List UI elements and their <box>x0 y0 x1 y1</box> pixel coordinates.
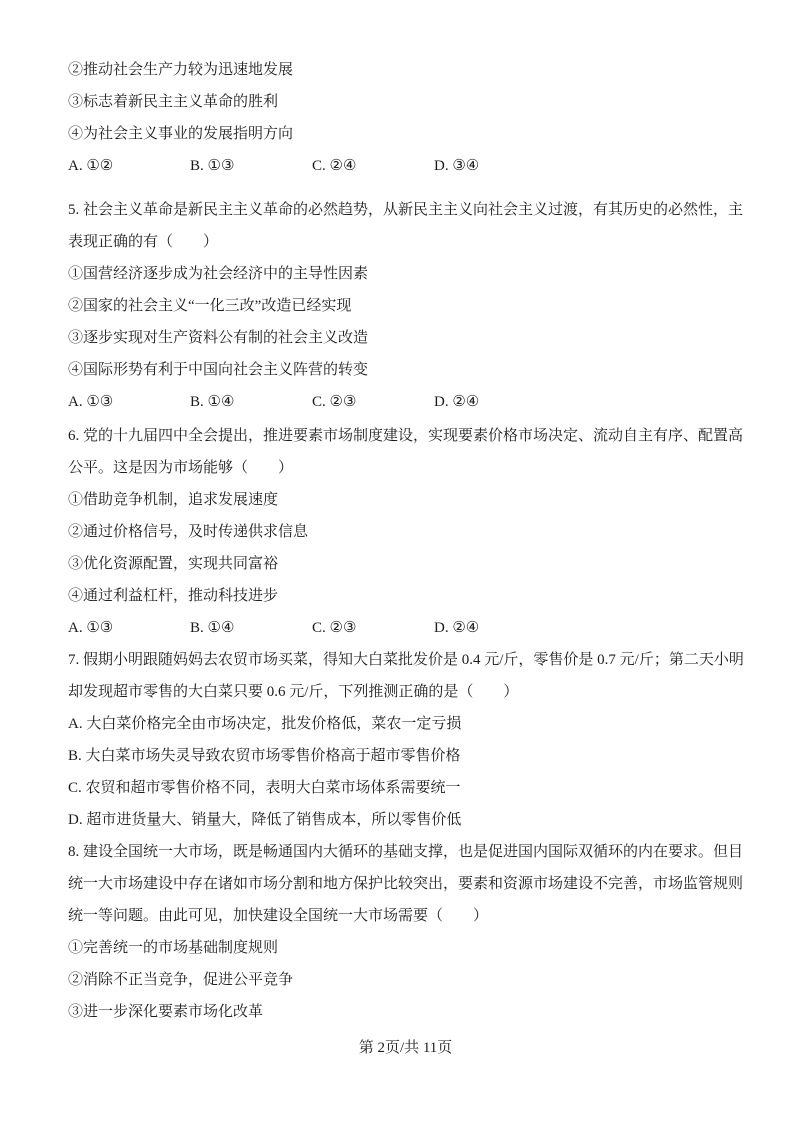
question-item: ①国营经济逐步成为社会经济中的主导性因素 <box>68 258 743 290</box>
question-item: ①借助竞争机制，追求发展速度 <box>68 484 743 516</box>
option-d: D. ②④ <box>434 386 479 418</box>
choice-b: B. 大白菜市场失灵导致农贸市场零售价格高于超市零售价格 <box>68 740 743 772</box>
option-c: C. ②④ <box>312 150 434 182</box>
question-6: 6. 党的十九届四中全会提出，推进要素市场制度建设，实现要素价格市场决定、流动自… <box>68 420 743 644</box>
question-item: ④国际形势有利于中国向社会主义阵营的转变 <box>68 354 743 386</box>
question-item: ③标志着新民主主义革命的胜利 <box>68 86 743 118</box>
option-a: A. ①② <box>68 150 190 182</box>
option-b: B. ①③ <box>190 150 312 182</box>
question-item: ④为社会主义事业的发展指明方向 <box>68 118 743 150</box>
option-b: B. ①④ <box>190 612 312 644</box>
question-item: ②通过价格信号，及时传递供求信息 <box>68 516 743 548</box>
question-stem-line: 8. 建设全国统一大市场，既是畅通国内大循环的基础支撑，也是促进国内国际双循环的… <box>68 836 743 868</box>
question-stem-line: 5. 社会主义革命是新民主主义革命的必然趋势，从新民主主义向社会主义过渡，有其历… <box>68 194 743 226</box>
choice-d: D. 超市进货量大、销量大，降低了销售成本，所以零售价低 <box>68 804 743 836</box>
question-item: ①完善统一的市场基础制度规则 <box>68 932 743 964</box>
options-row: A. ①② B. ①③ C. ②④ D. ③④ <box>68 150 743 182</box>
question-item: ②国家的社会主义“一化三改”改造已经实现 <box>68 290 743 322</box>
question-stem-line: 表现正确的有（ ） <box>68 226 743 258</box>
option-a: A. ①③ <box>68 386 190 418</box>
question-item: ③逐步实现对生产资料公有制的社会主义改造 <box>68 322 743 354</box>
question-item: ②消除不正当竞争，促进公平竞争 <box>68 964 743 996</box>
question-8: 8. 建设全国统一大市场，既是畅通国内大循环的基础支撑，也是促进国内国际双循环的… <box>68 836 743 1028</box>
question-stem-line: 却发现超市零售的大白菜只要 0.6 元/斤，下列推测正确的是（ ） <box>68 676 743 708</box>
options-row: A. ①③ B. ①④ C. ②③ D. ②④ <box>68 386 743 418</box>
question-stem-line: 公平。这是因为市场能够（ ） <box>68 452 743 484</box>
question-item: ②推动社会生产力较为迅速地发展 <box>68 54 743 86</box>
options-row: A. ①③ B. ①④ C. ②③ D. ②④ <box>68 612 743 644</box>
option-d: D. ②④ <box>434 612 479 644</box>
question-item: ④通过利益杠杆，推动科技进步 <box>68 580 743 612</box>
option-a: A. ①③ <box>68 612 190 644</box>
question-7: 7. 假期小明跟随妈妈去农贸市场买菜，得知大白菜批发价是 0.4 元/斤，零售价… <box>68 644 743 836</box>
option-b: B. ①④ <box>190 386 312 418</box>
question-stem-line: 统一等问题。由此可见，加快建设全国统一大市场需要（ ） <box>68 900 743 932</box>
question-5: 5. 社会主义革命是新民主主义革命的必然趋势，从新民主主义向社会主义过渡，有其历… <box>68 194 743 418</box>
option-c: C. ②③ <box>312 612 434 644</box>
page-footer: 第 2页/共 11页 <box>68 1032 743 1064</box>
exam-page: ②推动社会生产力较为迅速地发展 ③标志着新民主主义革命的胜利 ④为社会主义事业的… <box>0 0 793 1122</box>
question-item: ③优化资源配置，实现共同富裕 <box>68 548 743 580</box>
question-item: ③进一步深化要素市场化改革 <box>68 996 743 1028</box>
choice-c: C. 农贸和超市零售价格不同，表明大白菜市场体系需要统一 <box>68 772 743 804</box>
choice-a: A. 大白菜价格完全由市场决定，批发价格低，菜农一定亏损 <box>68 708 743 740</box>
option-c: C. ②③ <box>312 386 434 418</box>
question-stem-line: 统一大市场建设中存在诸如市场分割和地方保护比较突出，要素和资源市场建设不完善，市… <box>68 868 743 900</box>
question-stem-line: 6. 党的十九届四中全会提出，推进要素市场制度建设，实现要素价格市场决定、流动自… <box>68 420 743 452</box>
option-d: D. ③④ <box>434 150 479 182</box>
question-stem-line: 7. 假期小明跟随妈妈去农贸市场买菜，得知大白菜批发价是 0.4 元/斤，零售价… <box>68 644 743 676</box>
question-4-tail: ②推动社会生产力较为迅速地发展 ③标志着新民主主义革命的胜利 ④为社会主义事业的… <box>68 54 743 182</box>
